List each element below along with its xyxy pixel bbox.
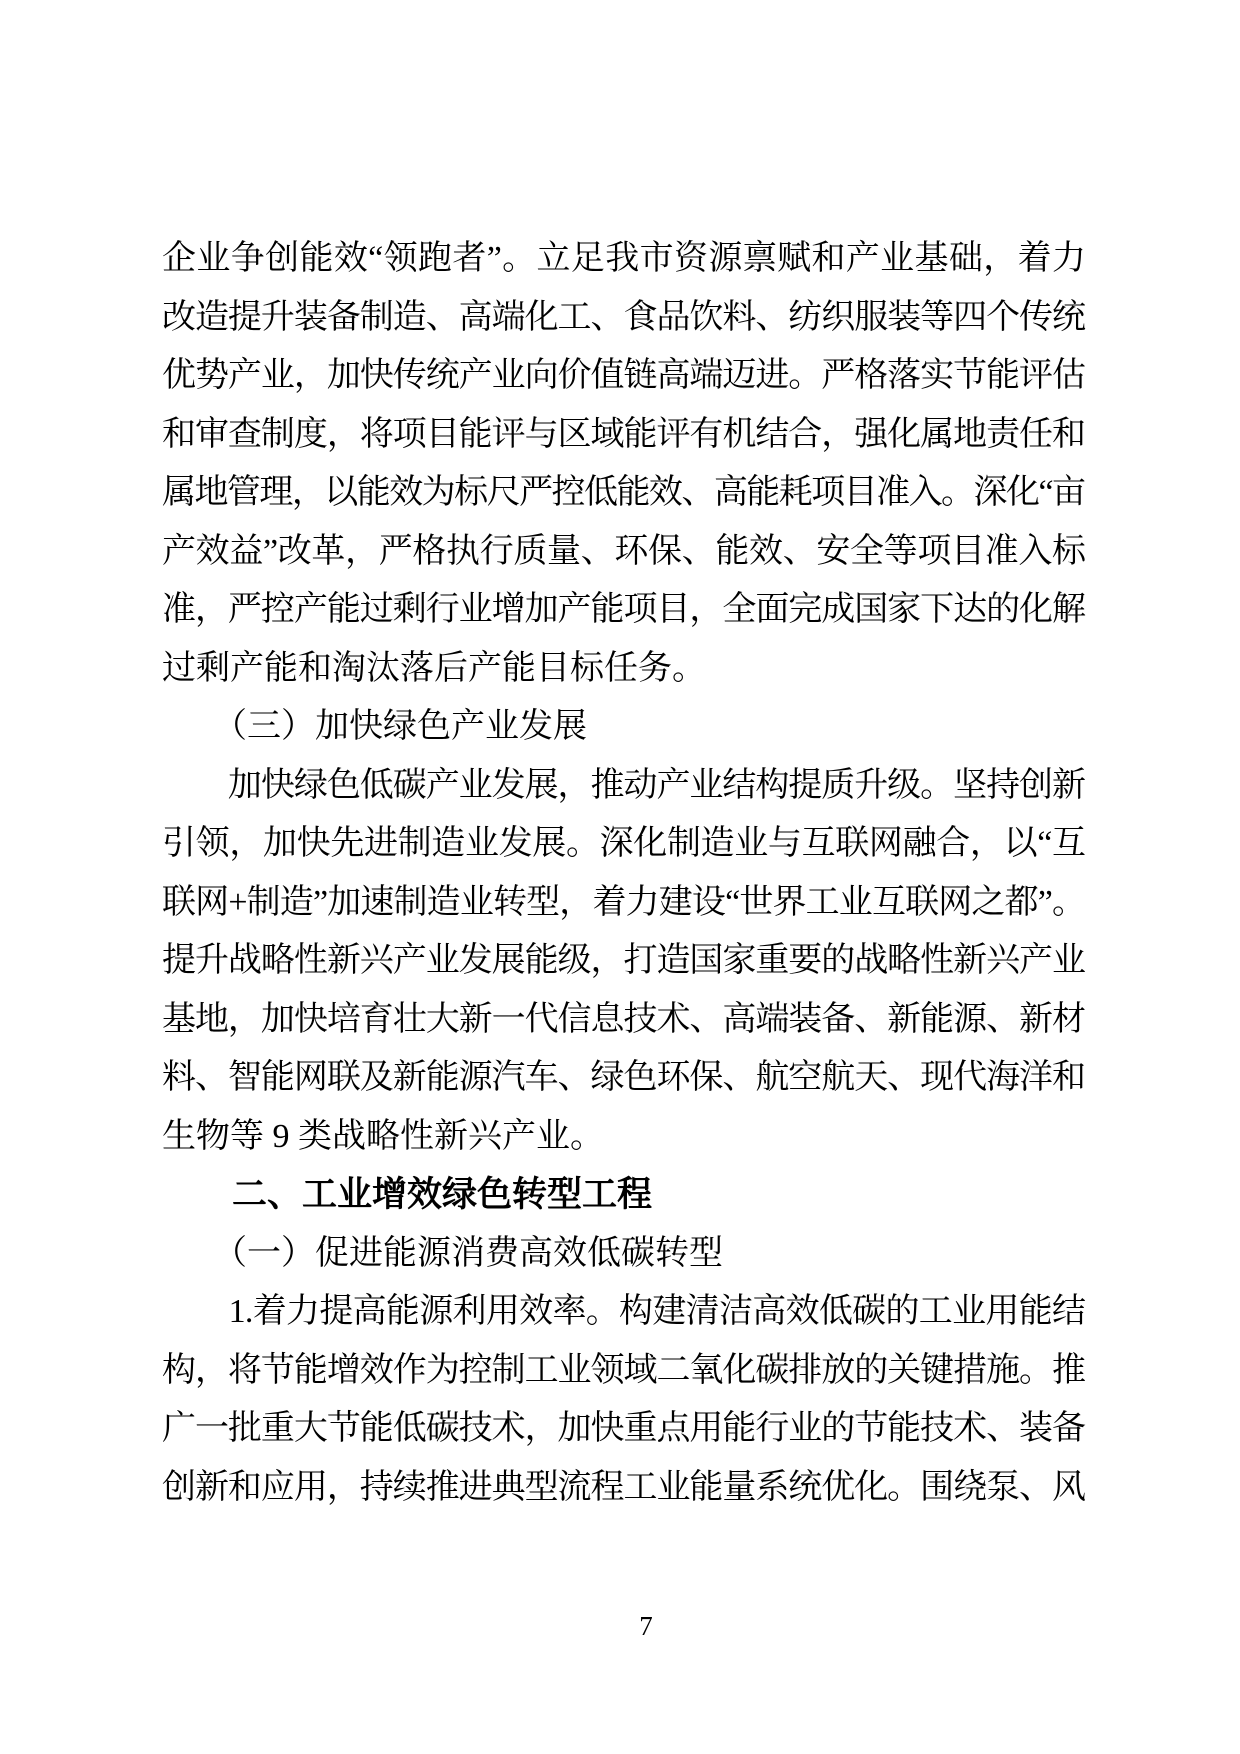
text-line: 联网+制造”加速制造业转型，着力建设“世界工业互联网之都”。 — [162, 884, 1085, 921]
text-line: 产效益”改革，严格执行质量、环保、能效、安全等项目准入标 — [162, 533, 1086, 570]
heading-section-3-green-industry: （三）加快绿色产业发展 — [162, 698, 1086, 757]
text-line: 属地管理，以能效为标尺严控低能效、高能耗项目准入。深化“亩 — [162, 474, 1084, 511]
paragraph-green-industry: 基地，加快培育壮大新一代信息技术、高端装备、新能源、新材 — [162, 991, 1086, 1050]
text-line: 过剩产能和淘汰落后产能目标任务。 — [162, 650, 706, 687]
text-line: 广一批重大节能低碳技术，加快重点用能行业的节能技术、装备 — [162, 1410, 1085, 1447]
text-line: 构，将节能增效作为控制工业领域二氧化碳排放的关键措施。推 — [162, 1352, 1085, 1389]
text-line: 料、智能网联及新能源汽车、绿色环保、航空航天、现代海洋和 — [162, 1059, 1085, 1096]
text-line: 二、工业增效绿色转型工程 — [162, 1175, 652, 1214]
text-line: （三）加快绿色产业发展 — [162, 708, 587, 745]
paragraph-green-industry: 料、智能网联及新能源汽车、绿色环保、航空航天、现代海洋和 — [162, 1049, 1086, 1108]
text-line: 引领，加快先进制造业发展。深化制造业与互联网融合，以“互 — [162, 825, 1086, 862]
paragraph-traditional-industries: 产效益”改革，严格执行质量、环保、能效、安全等项目准入标 — [162, 523, 1086, 582]
paragraph-green-industry: 加快绿色低碳产业发展，推动产业结构提质升级。坚持创新 — [162, 757, 1086, 816]
text-block: 企业争创能效“领跑者”。立足我市资源禀赋和产业基础，着力改造提升装备制造、高端化… — [162, 230, 1086, 1517]
paragraph-traditional-industries: 企业争创能效“领跑者”。立足我市资源禀赋和产业基础，着力 — [162, 230, 1086, 289]
paragraph-green-industry: 联网+制造”加速制造业转型，着力建设“世界工业互联网之都”。 — [162, 874, 1086, 933]
paragraph-green-industry: 引领，加快先进制造业发展。深化制造业与互联网融合，以“互 — [162, 815, 1086, 874]
text-line: 准，严控产能过剩行业增加产能项目，全面完成国家下达的化解 — [162, 591, 1085, 628]
text-line: 加快绿色低碳产业发展，推动产业结构提质升级。坚持创新 — [162, 767, 1085, 804]
paragraph-traditional-industries: 过剩产能和淘汰落后产能目标任务。 — [162, 640, 1086, 699]
paragraph-energy-efficiency: 创新和应用，持续推进典型流程工业能量系统优化。围绕泵、风 — [162, 1459, 1086, 1518]
paragraph-energy-efficiency: 构，将节能增效作为控制工业领域二氧化碳排放的关键措施。推 — [162, 1342, 1086, 1401]
text-line: 提升战略性新兴产业发展能级，打造国家重要的战略性新兴产业 — [162, 942, 1085, 979]
text-line: 创新和应用，持续推进典型流程工业能量系统优化。围绕泵、风 — [162, 1469, 1085, 1506]
heading-chapter-2-industrial-green-transformation: 二、工业增效绿色转型工程 — [162, 1166, 1086, 1225]
document-page: 企业争创能效“领跑者”。立足我市资源禀赋和产业基础，着力改造提升装备制造、高端化… — [0, 0, 1240, 1754]
text-line: 改造提升装备制造、高端化工、食品饮料、纺织服装等四个传统 — [162, 299, 1085, 336]
paragraph-green-industry: 提升战略性新兴产业发展能级，打造国家重要的战略性新兴产业 — [162, 932, 1086, 991]
heading-section-1-energy-transition: （一）促进能源消费高效低碳转型 — [162, 1225, 1086, 1284]
text-line: 生物等 9 类战略性新兴产业。 — [162, 1118, 604, 1155]
paragraph-green-industry: 生物等 9 类战略性新兴产业。 — [162, 1108, 1086, 1167]
paragraph-traditional-industries: 准，严控产能过剩行业增加产能项目，全面完成国家下达的化解 — [162, 581, 1086, 640]
paragraph-energy-efficiency: 1.着力提高能源利用效率。构建清洁高效低碳的工业用能结 — [162, 1283, 1086, 1342]
text-line: 优势产业，加快传统产业向价值链高端迈进。严格落实节能评估 — [162, 357, 1085, 394]
paragraph-traditional-industries: 属地管理，以能效为标尺严控低能效、高能耗项目准入。深化“亩 — [162, 464, 1086, 523]
paragraph-traditional-industries: 优势产业，加快传统产业向价值链高端迈进。严格落实节能评估 — [162, 347, 1086, 406]
paragraph-traditional-industries: 和审查制度，将项目能评与区域能评有机结合，强化属地责任和 — [162, 406, 1086, 465]
text-line: 企业争创能效“领跑者”。立足我市资源禀赋和产业基础，着力 — [162, 240, 1086, 277]
text-line: 和审查制度，将项目能评与区域能评有机结合，强化属地责任和 — [162, 416, 1085, 453]
text-line: 1.着力提高能源利用效率。构建清洁高效低碳的工业用能结 — [162, 1293, 1085, 1330]
paragraph-energy-efficiency: 广一批重大节能低碳技术，加快重点用能行业的节能技术、装备 — [162, 1400, 1086, 1459]
text-line: 基地，加快培育壮大新一代信息技术、高端装备、新能源、新材 — [162, 1001, 1085, 1038]
paragraph-traditional-industries: 改造提升装备制造、高端化工、食品饮料、纺织服装等四个传统 — [162, 289, 1086, 348]
page-number: 7 — [639, 1606, 653, 1646]
text-line: （一）促进能源消费高效低碳转型 — [162, 1235, 723, 1272]
